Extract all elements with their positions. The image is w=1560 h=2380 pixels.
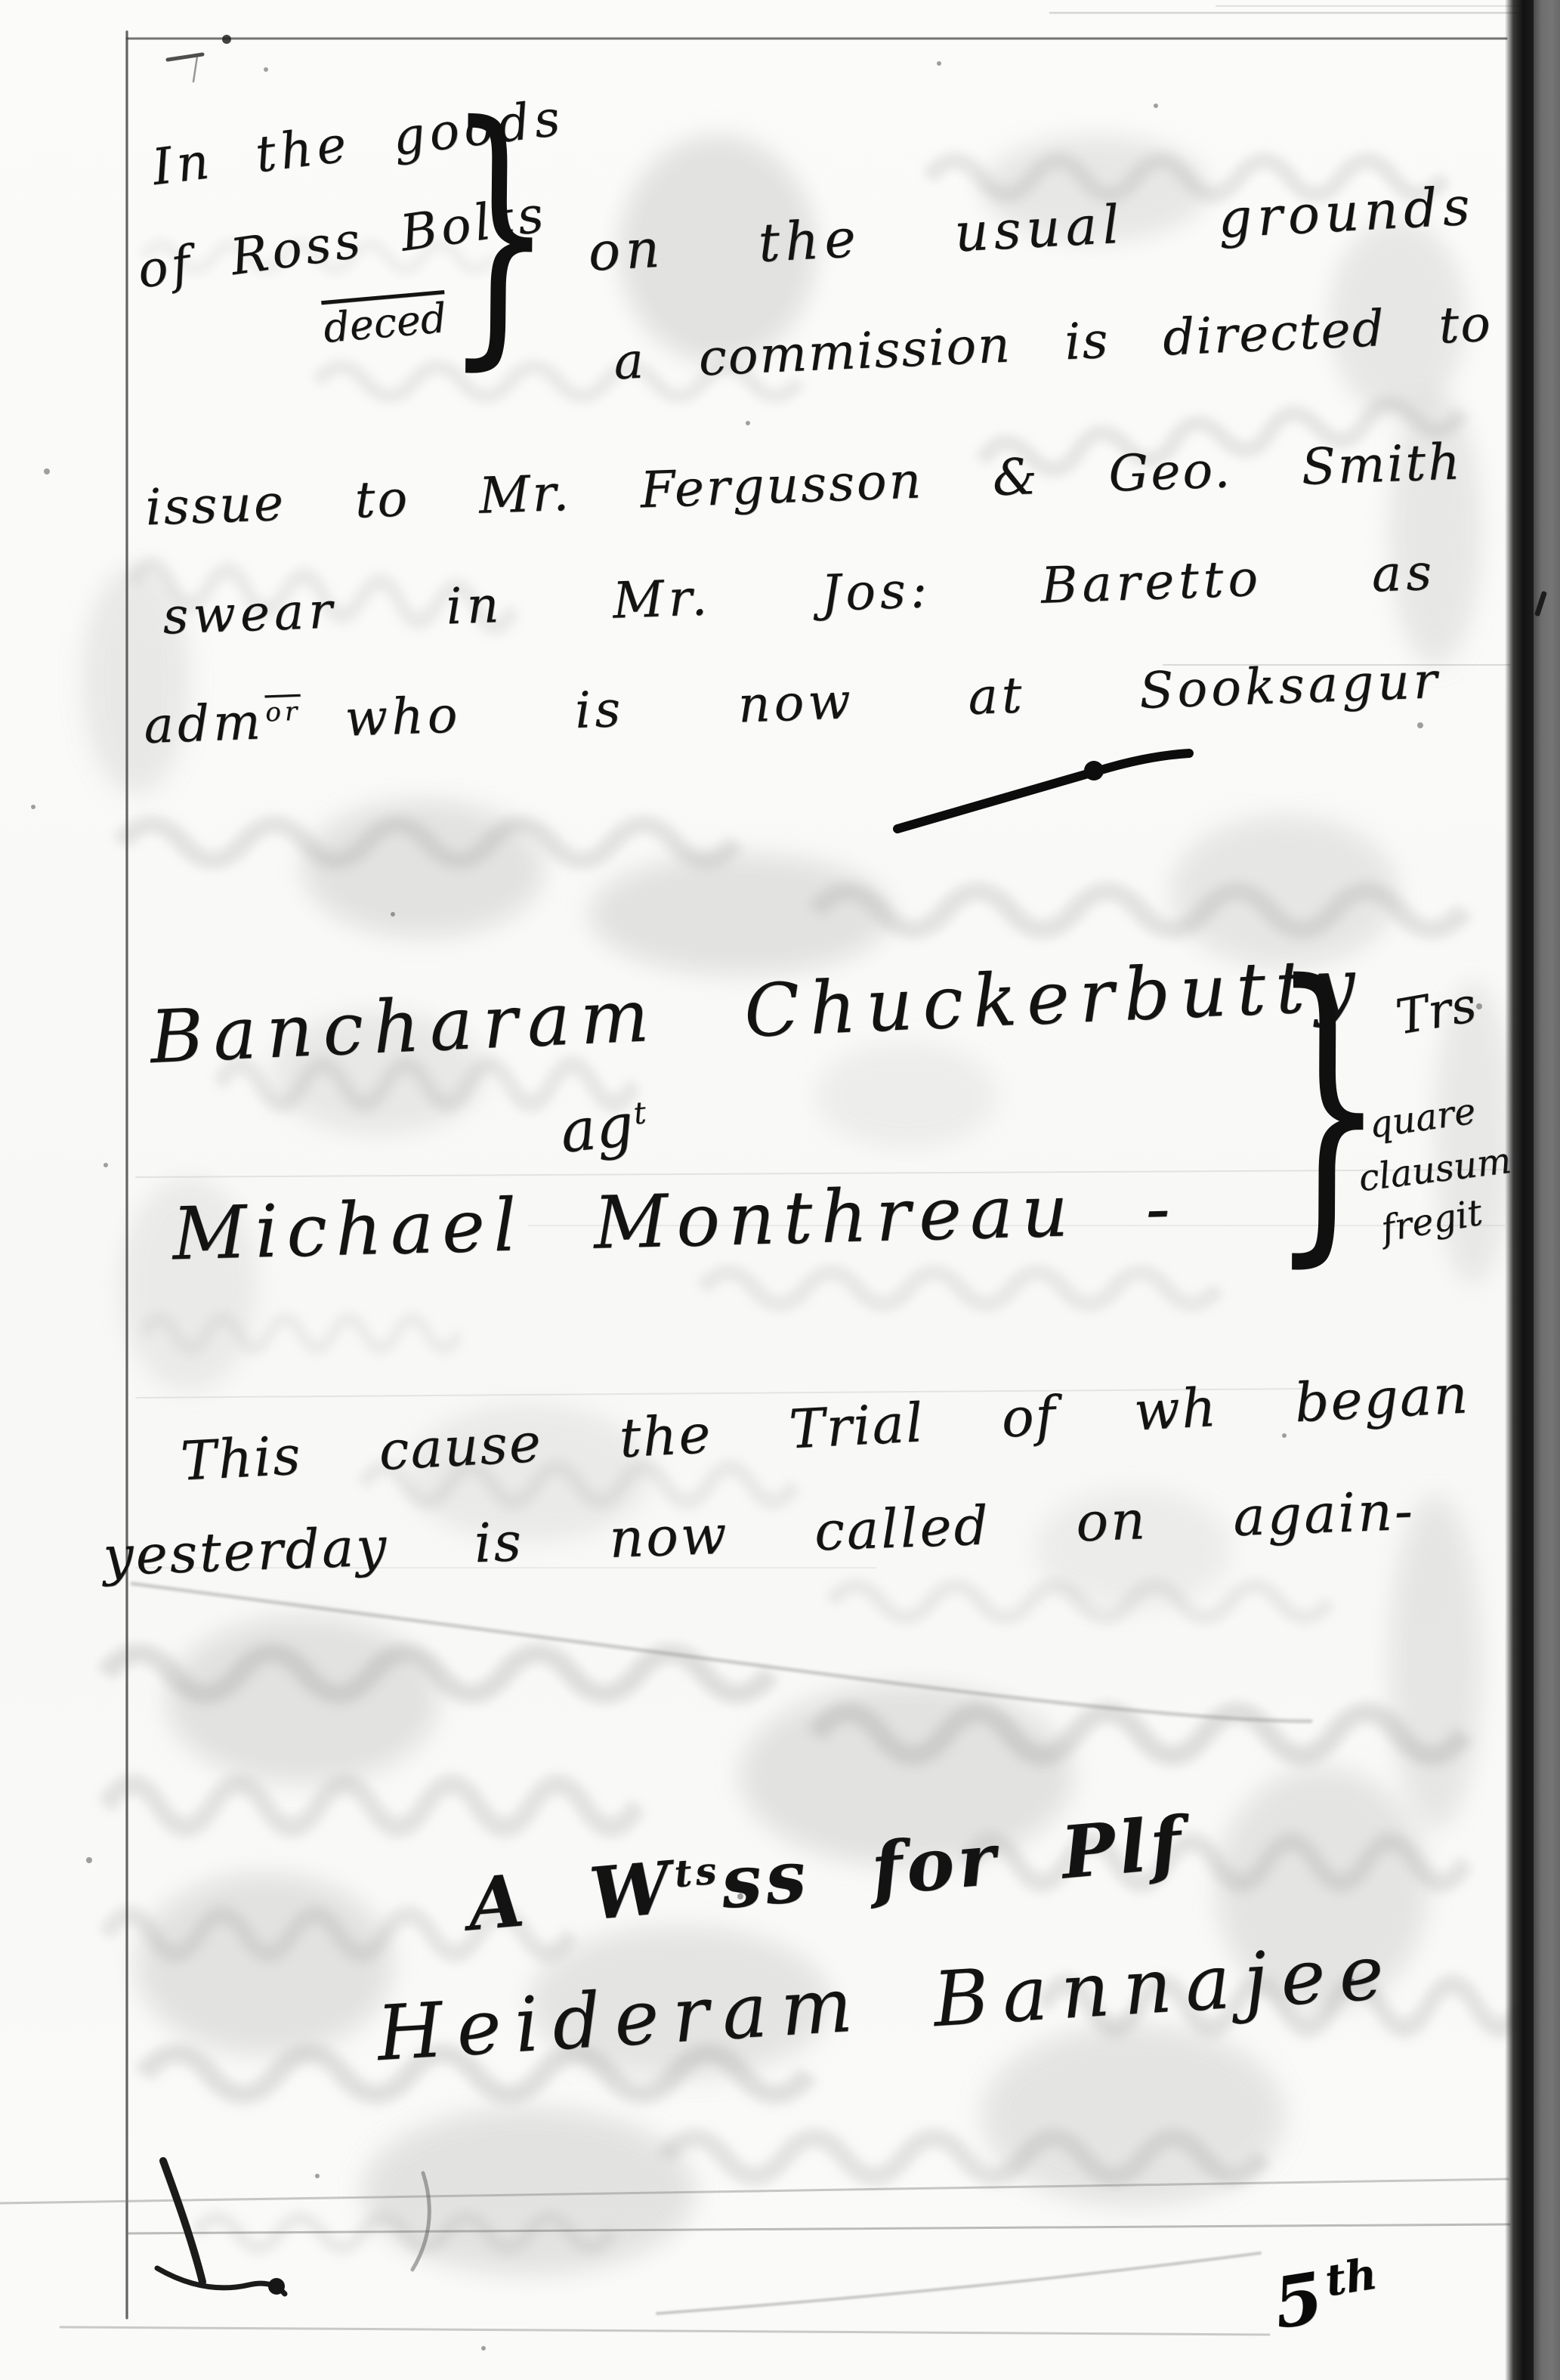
faint-pencil-line: [132, 1584, 1311, 1721]
witness-prefix: A W: [465, 1846, 678, 1947]
gutter-mark: [1534, 591, 1547, 617]
versus-abbreviation: agt: [558, 1090, 651, 1167]
witness-superscript: ts: [672, 1849, 721, 1896]
binding-gutter-shadow: [1505, 0, 1535, 2380]
top-line-ink-blot: [222, 35, 231, 44]
page-number-ordinal: th: [1322, 2249, 1380, 2307]
faint-line-under-page-number: [657, 2253, 1260, 2314]
ag-base: ag: [558, 1091, 637, 1167]
divider-ink-blot: [1084, 761, 1104, 780]
admor-superscript: or: [265, 697, 301, 728]
margin-dash-tick: [193, 57, 197, 82]
bottom-left-flourish: [157, 2161, 429, 2295]
section-divider-stroke: [897, 753, 1189, 829]
admor-prefix: adm: [143, 692, 265, 755]
page-edge-band: [1534, 0, 1560, 2380]
manuscript-page: In the goods of Ross Bolts deced } on th…: [0, 0, 1560, 2380]
page-number: 5th: [1268, 2248, 1385, 2345]
probate-brace: }: [444, 89, 554, 373]
